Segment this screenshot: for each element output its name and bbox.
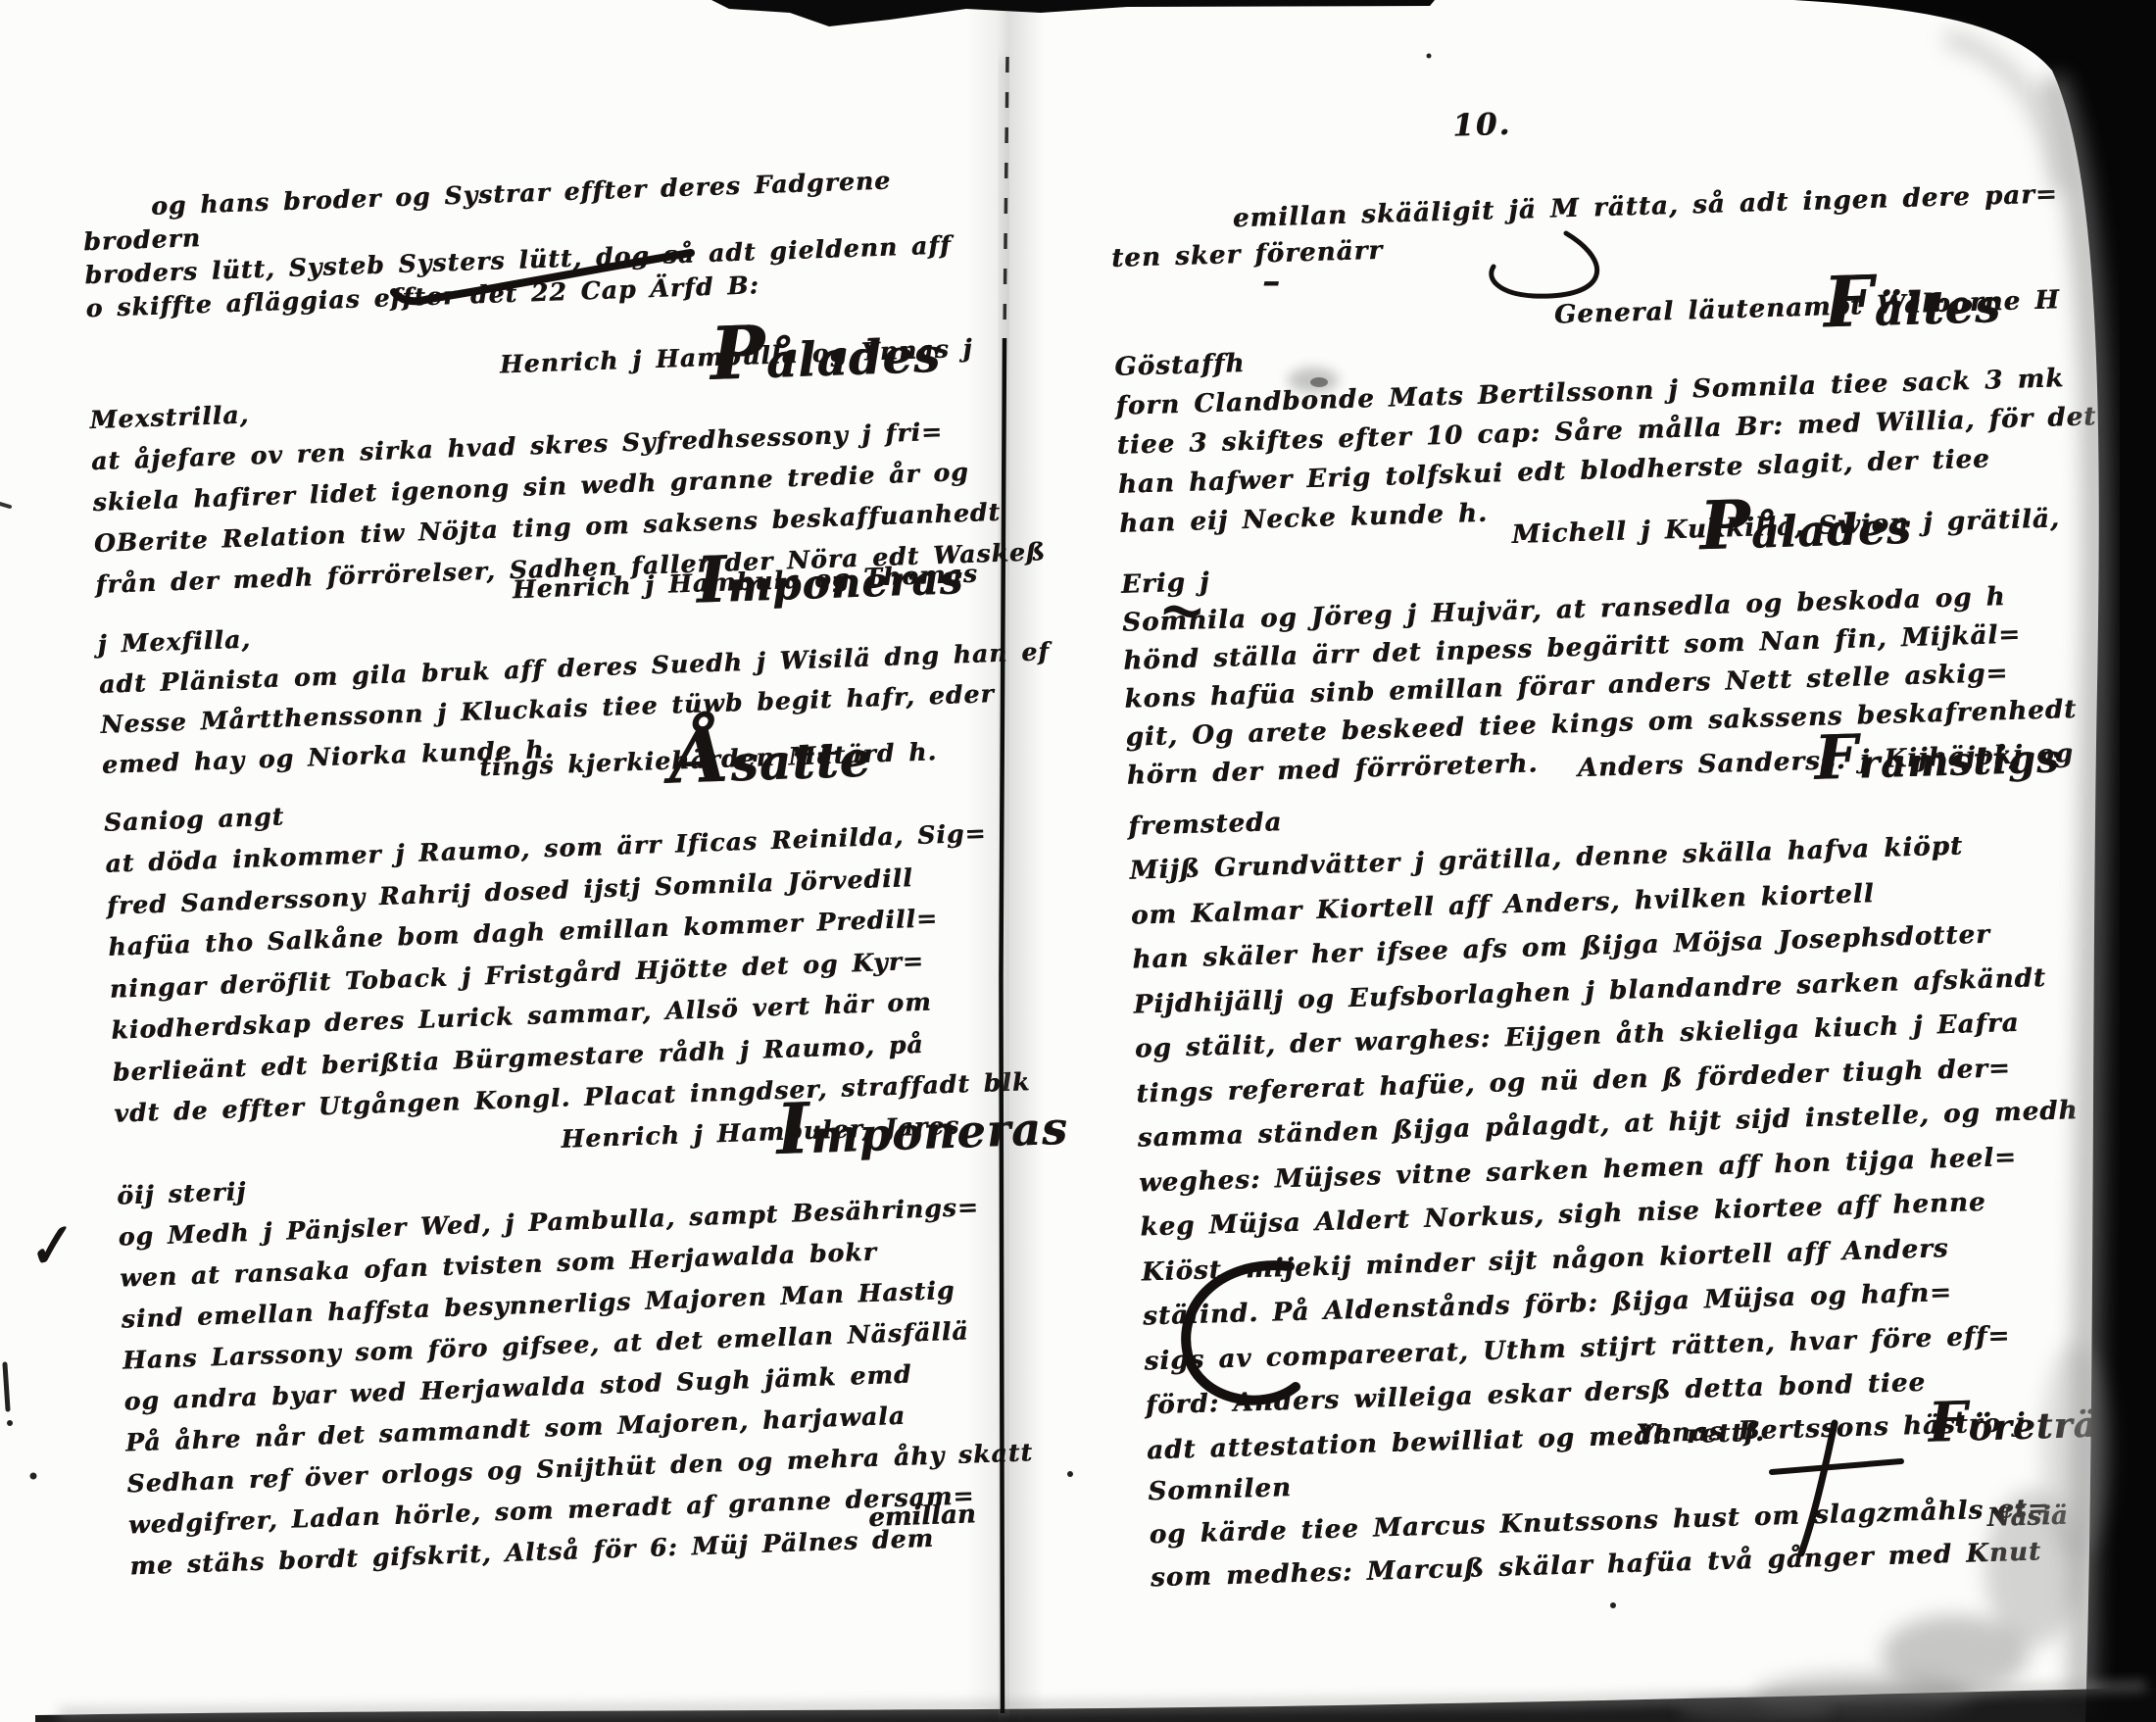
paragraph: Framstigs Anders Sanderss. j Kijhäjokj o… <box>1126 731 2119 1473</box>
catchword: emillan <box>868 1500 976 1533</box>
paragraph: emillan skääligit jä M rätta, så adt ing… <box>1109 176 2083 277</box>
margin-checkmark: ✓ <box>19 1210 76 1282</box>
catchword: Näsiä <box>1986 1501 2068 1533</box>
scan-edge-top <box>711 0 1435 26</box>
paragraph-text: at döda inkommer j Raumo, som ärr Ificas… <box>105 812 1006 1135</box>
left-page: og hans broder og Systrar effter deres F… <box>80 132 1022 1613</box>
margin-tilde: ~ <box>1155 574 1209 646</box>
paragraph-lead: Pålades <box>298 310 942 405</box>
ink-speck <box>1067 1471 1073 1477</box>
paragraph-lead: Fältes <box>1382 263 2002 351</box>
paragraph-text: og kärde tiee Marcus Knutssons hust om s… <box>1149 1485 2123 1599</box>
margin-dash: – <box>1262 261 1280 302</box>
paragraph: og hans broder og Systrar effter deres F… <box>81 162 977 326</box>
scan-edge-bottom-fringe <box>59 1686 2146 1713</box>
manuscript-scan: og hans broder og Systrar effter deres F… <box>0 0 2156 1722</box>
right-page: 10. emillan skääligit jä M rätta, så adt… <box>1107 84 2124 1602</box>
scan-edge-top-blob <box>809 0 858 25</box>
paragraph: Åsatte tings kjerkiehärden Mätärd h. San… <box>102 729 1006 1135</box>
scan-edge-bottom <box>35 1688 2156 1722</box>
ink-speck <box>1427 54 1432 59</box>
scan-edge-left-marks <box>5 1364 8 1409</box>
paragraph-text: broders lütt, Systeb Systers lütt, dog s… <box>84 228 978 326</box>
ink-speck <box>1610 1602 1616 1608</box>
paragraph: Företrädder Yonas Bertssons hästro j Som… <box>1146 1399 2123 1599</box>
paragraph-text: Mijß Grundvätter j grätilla, denne skäll… <box>1129 820 2119 1473</box>
page-number: 10. <box>1452 107 1512 144</box>
